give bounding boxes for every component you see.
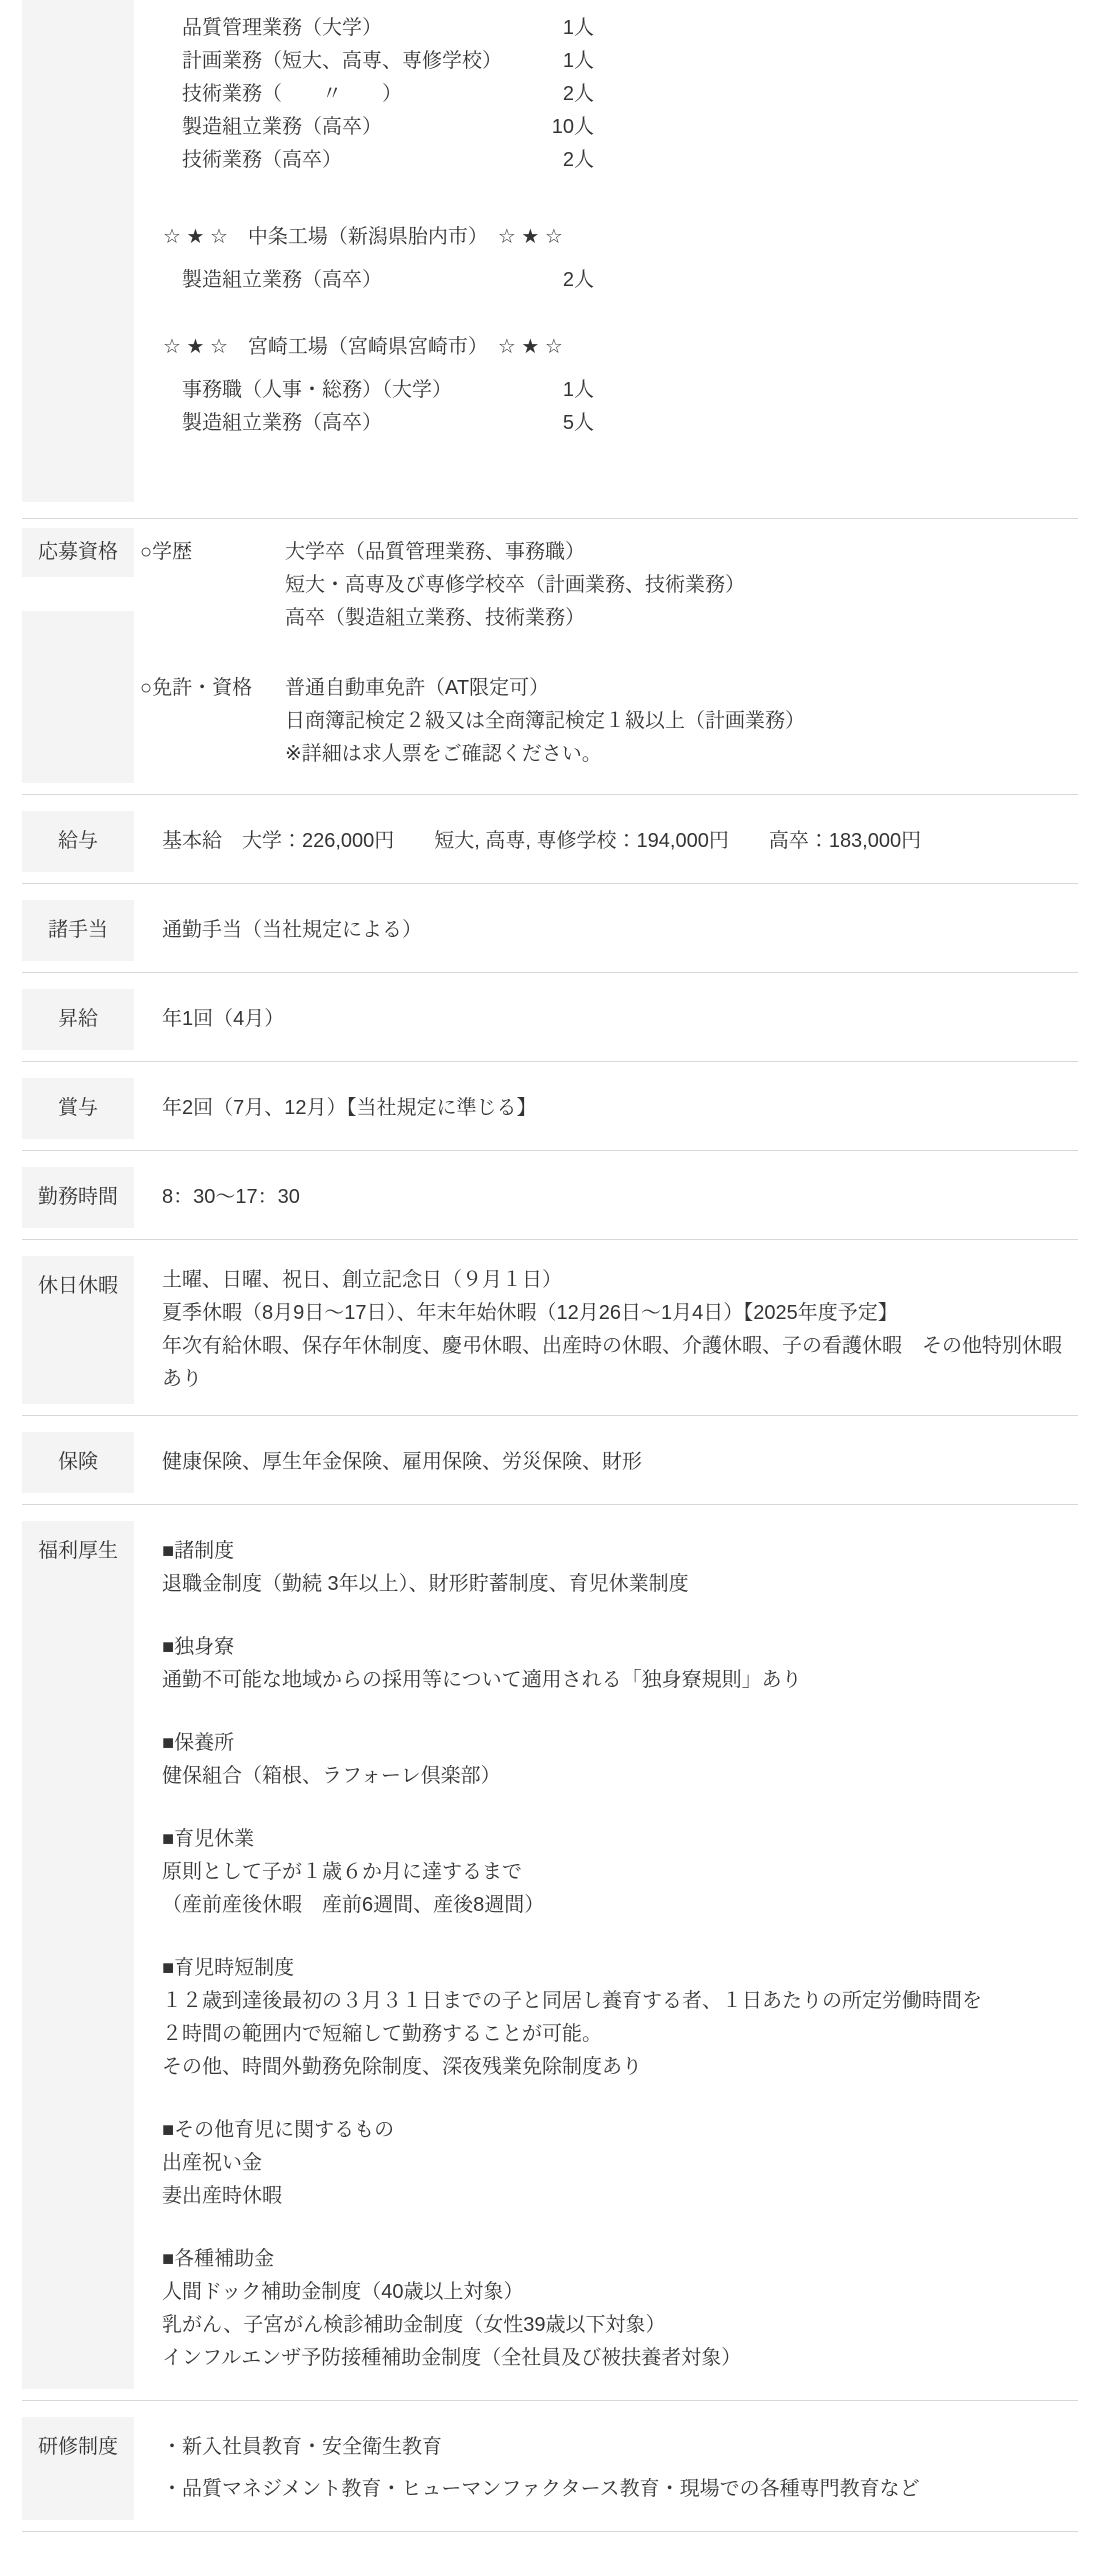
row-salary: 給与 基本給 大学：226,000円 短大, 高専, 専修学校：194,000円… [22,811,1078,872]
benefit-block: ■各種補助金 人間ドック補助金制度（40歳以上対象）乳がん、子宮がん検診補助金制… [162,2243,1078,2375]
benefit-heading: ■育児休業 [162,1823,1078,1856]
benefit-line: 退職金制度（勤続 3年以上）、財形貯蓄制度、育児休業制度 [162,1568,1078,1601]
row-separator [22,2531,1078,2532]
plant-heading-nakajo: ☆ ★ ☆ 中条工場（新潟県胎内市） ☆ ★ ☆ [163,221,1078,254]
salary-value: 基本給 大学：226,000円 短大, 高専, 専修学校：194,000円 高卒… [134,811,1078,872]
job-name: 事務職（人事・総務）（大学） [182,374,452,407]
label-filler-block [22,611,134,783]
job-count: 2人 [563,78,594,111]
row-label: 福利厚生 [22,1521,134,2389]
benefit-lines: １２歳到達後最初の３月３１日までの子と同居し養育する者、１日あたりの所定労働時間… [162,1985,1078,2084]
row-separator [22,1239,1078,1240]
row-separator [22,972,1078,973]
row-qualifications: 応募資格 ○学歴 大学卒（品質管理業務、事務職）短大・高専及び専修学校卒（計画業… [22,528,1078,783]
row-label: 給与 [22,811,134,872]
row-separator [22,1504,1078,1505]
education-label: ○学歴 [140,536,285,635]
row-separator [22,1061,1078,1062]
row-label: 昇給 [22,989,134,1050]
job-name: 技術業務（ 〃 ） [182,78,402,111]
education-item: 短大・高専及び専修学校卒（計画業務、技術業務） [285,569,1078,602]
training-line: ・品質マネジメント教育・ヒューマンファクタース教育・現場での各種専門教育など [162,2473,1078,2506]
row-benefits: 福利厚生 ■諸制度 退職金制度（勤続 3年以上）、財形貯蓄制度、育児休業制度 ■… [22,1521,1078,2389]
job-item: 品質管理業務（大学） 1人 [182,12,594,45]
job-count: 1人 [563,374,594,407]
job-list-plant1: 品質管理業務（大学） 1人 計画業務（短大、高専、専修学校） 1人 技術業務（ … [182,12,594,177]
benefit-block: ■保養所 健保組合（箱根、ラフォーレ倶楽部） [162,1727,1078,1793]
benefit-line: ２時間の範囲内で短縮して勤務することが可能。 [162,2018,1078,2051]
row-separator [22,1415,1078,1416]
benefit-heading: ■諸制度 [162,1535,1078,1568]
job-item: 技術業務（ 〃 ） 2人 [182,78,594,111]
row-label: 保険 [22,1432,134,1493]
job-name: 製造組立業務（高卒） [182,264,382,297]
benefit-line: インフルエンザ予防接種補助金制度（全社員及び被扶養者対象） [162,2342,1078,2375]
row-training: 研修制度 ・新入社員教育・安全衛生教育・品質マネジメント教育・ヒューマンファクタ… [22,2417,1078,2520]
job-name: 製造組立業務（高卒） [182,407,382,440]
insurance-value: 健康保険、厚生年金保険、雇用保険、労災保険、財形 [134,1432,1078,1493]
job-name: 製造組立業務（高卒） [182,111,382,144]
job-item: 製造組立業務（高卒） 2人 [182,264,594,297]
row-separator [22,794,1078,795]
license-item: ※詳細は求人票をご確認ください。 [285,738,1078,771]
license-items: 普通自動車免許（AT限定可）日商簿記検定２級又は全商簿記検定１級以上（計画業務）… [285,672,1078,771]
license-label: ○免許・資格 [140,672,285,771]
holidays-line: 夏季休暇（8月9日～17日）、年末年始休暇（12月26日～1月4日）【2025年… [162,1297,1078,1330]
benefit-block: ■その他育児に関するもの 出産祝い金妻出産時休暇 [162,2114,1078,2213]
row-label: 諸手当 [22,900,134,961]
benefit-heading: ■保養所 [162,1727,1078,1760]
row-separator [22,2400,1078,2401]
row-label: 研修制度 [22,2417,134,2520]
education-group: ○学歴 大学卒（品質管理業務、事務職）短大・高専及び専修学校卒（計画業務、技術業… [140,536,1078,635]
job-count: 2人 [563,144,594,177]
holidays-line: 土曜、日曜、祝日、創立記念日（９月１日） [162,1264,1078,1297]
benefits-content: ■諸制度 退職金制度（勤続 3年以上）、財形貯蓄制度、育児休業制度 ■独身寮 通… [134,1521,1078,2389]
education-item: 高卒（製造組立業務、技術業務） [285,602,1078,635]
benefit-line: （産前産後休暇 産前6週間、産後8週間） [162,1889,1078,1922]
license-item: 普通自動車免許（AT限定可） [285,672,1078,705]
benefit-line: 出産祝い金 [162,2147,1078,2180]
row-insurance: 保険 健康保険、厚生年金保険、雇用保険、労災保険、財形 [22,1432,1078,1493]
benefit-line: 原則として子が１歳６か月に達するまで [162,1856,1078,1889]
conditions-table: 品質管理業務（大学） 1人 計画業務（短大、高専、専修学校） 1人 技術業務（ … [22,0,1078,2532]
education-item: 大学卒（品質管理業務、事務職） [285,536,1078,569]
holidays-content: 土曜、日曜、祝日、創立記念日（９月１日）夏季休暇（8月9日～17日）、年末年始休… [134,1256,1078,1404]
row-label: 休日休暇 [22,1256,134,1404]
benefit-lines: 出産祝い金妻出産時休暇 [162,2147,1078,2213]
row-holidays: 休日休暇 土曜、日曜、祝日、創立記念日（９月１日）夏季休暇（8月9日～17日）、… [22,1256,1078,1404]
benefit-line: 乳がん、子宮がん検診補助金制度（女性39歳以下対象） [162,2309,1078,2342]
benefit-heading: ■独身寮 [162,1631,1078,1664]
benefit-heading: ■育児時短制度 [162,1952,1078,1985]
job-item: 計画業務（短大、高専、専修学校） 1人 [182,45,594,78]
bonus-value: 年2回（7月、12月）【当社規定に準じる】 [134,1078,1078,1139]
row-positions-content: 品質管理業務（大学） 1人 計画業務（短大、高専、専修学校） 1人 技術業務（ … [134,0,1078,502]
row-separator [22,518,1078,519]
training-line: ・新入社員教育・安全衛生教育 [162,2431,1078,2464]
benefit-line: 通勤不可能な地域からの採用等について適用される「独身寮規則」あり [162,1664,1078,1697]
row-allowances: 諸手当 通勤手当（当社規定による） [22,900,1078,961]
job-item: 製造組立業務（高卒） 5人 [182,407,594,440]
job-list-plant3: 事務職（人事・総務）（大学） 1人 製造組立業務（高卒） 5人 [182,374,594,440]
job-item: 技術業務（高卒） 2人 [182,144,594,177]
job-name: 品質管理業務（大学） [182,12,382,45]
row-positions: 品質管理業務（大学） 1人 計画業務（短大、高専、専修学校） 1人 技術業務（ … [22,0,1078,502]
allowances-value: 通勤手当（当社規定による） [134,900,1078,961]
benefit-line: 健保組合（箱根、ラフォーレ倶楽部） [162,1760,1078,1793]
benefit-block: ■育児時短制度 １２歳到達後最初の３月３１日までの子と同居し養育する者、１日あた… [162,1952,1078,2084]
benefit-line: １２歳到達後最初の３月３１日までの子と同居し養育する者、１日あたりの所定労働時間… [162,1985,1078,2018]
job-name: 技術業務（高卒） [182,144,342,177]
job-item: 製造組立業務（高卒） 10人 [182,111,594,144]
license-item: 日商簿記検定２級又は全商簿記検定１級以上（計画業務） [285,705,1078,738]
row-raise: 昇給 年1回（4月） [22,989,1078,1050]
row-qualifications-content: ○学歴 大学卒（品質管理業務、事務職）短大・高専及び専修学校卒（計画業務、技術業… [134,528,1078,783]
education-items: 大学卒（品質管理業務、事務職）短大・高専及び専修学校卒（計画業務、技術業務）高卒… [285,536,1078,635]
job-item: 事務職（人事・総務）（大学） 1人 [182,374,594,407]
job-count: 5人 [563,407,594,440]
benefit-line: 妻出産時休暇 [162,2180,1078,2213]
row-positions-label-cell [22,0,134,502]
holidays-line: 年次有給休暇、保存年休制度、慶弔休暇、出産時の休暇、介護休暇、子の看護休暇 その… [162,1330,1078,1396]
benefit-heading: ■その他育児に関するもの [162,2114,1078,2147]
license-group: ○免許・資格 普通自動車免許（AT限定可）日商簿記検定２級又は全商簿記検定１級以… [140,672,1078,771]
row-separator [22,883,1078,884]
job-list-plant2: 製造組立業務（高卒） 2人 [182,264,594,297]
benefit-block: ■育児休業 原則として子が１歳６か月に達するまで（産前産後休暇 産前6週間、産後… [162,1823,1078,1922]
row-qualifications-label-cell: 応募資格 [22,528,134,783]
benefit-lines: 退職金制度（勤続 3年以上）、財形貯蓄制度、育児休業制度 [162,1568,1078,1601]
benefit-block: ■諸制度 退職金制度（勤続 3年以上）、財形貯蓄制度、育児休業制度 [162,1535,1078,1601]
raise-value: 年1回（4月） [134,989,1078,1050]
training-content: ・新入社員教育・安全衛生教育・品質マネジメント教育・ヒューマンファクタース教育・… [134,2417,1078,2520]
job-count: 1人 [563,12,594,45]
job-count: 10人 [552,111,594,144]
benefit-lines: 人間ドック補助金制度（40歳以上対象）乳がん、子宮がん検診補助金制度（女性39歳… [162,2276,1078,2375]
plant-heading-miyazaki: ☆ ★ ☆ 宮崎工場（宮崎県宮崎市） ☆ ★ ☆ [163,331,1078,364]
job-conditions-page: 品質管理業務（大学） 1人 計画業務（短大、高専、専修学校） 1人 技術業務（ … [0,0,1100,2560]
benefit-block: ■独身寮 通勤不可能な地域からの採用等について適用される「独身寮規則」あり [162,1631,1078,1697]
job-count: 1人 [563,45,594,78]
benefit-lines: 健保組合（箱根、ラフォーレ倶楽部） [162,1760,1078,1793]
row-separator [22,1150,1078,1151]
row-bonus: 賞与 年2回（7月、12月）【当社規定に準じる】 [22,1078,1078,1139]
row-label: 勤務時間 [22,1167,134,1228]
benefit-lines: 通勤不可能な地域からの採用等について適用される「独身寮規則」あり [162,1664,1078,1697]
row-label: 応募資格 [22,528,134,577]
benefit-lines: 原則として子が１歳６か月に達するまで（産前産後休暇 産前6週間、産後8週間） [162,1856,1078,1922]
row-label: 賞与 [22,1078,134,1139]
benefit-line: その他、時間外勤務免除制度、深夜残業免除制度あり [162,2051,1078,2084]
job-count: 2人 [563,264,594,297]
benefit-heading: ■各種補助金 [162,2243,1078,2276]
row-working-hours: 勤務時間 8：30～17：30 [22,1167,1078,1228]
working-hours-value: 8：30～17：30 [134,1167,1078,1228]
job-name: 計画業務（短大、高専、専修学校） [182,45,502,78]
benefit-line: 人間ドック補助金制度（40歳以上対象） [162,2276,1078,2309]
